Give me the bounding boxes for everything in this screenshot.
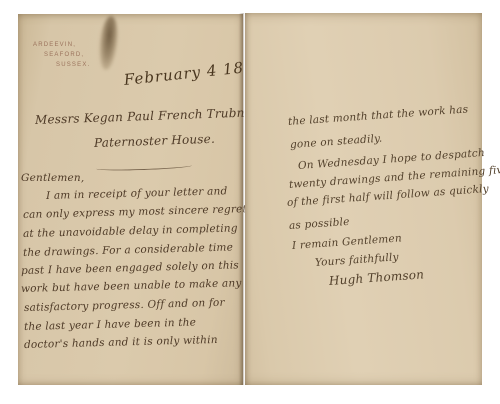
letterhead-line: ARDEEVIN, bbox=[33, 40, 90, 50]
closing-line: I remain Gentlemen bbox=[292, 232, 403, 252]
handwriting-line: can only express my most sincere regret bbox=[23, 203, 247, 221]
handwriting-line: gone on steadily. bbox=[290, 133, 383, 151]
letter-photo: ARDEEVIN, SEAFORD, SUSSEX. February 4 18… bbox=[18, 13, 482, 385]
signature: Hugh Thomson bbox=[329, 267, 425, 288]
closing-line: Yours faithfully bbox=[315, 251, 399, 269]
letter-page-left: ARDEEVIN, SEAFORD, SUSSEX. February 4 18… bbox=[18, 14, 243, 385]
handwriting-line: the last month that the work has bbox=[288, 103, 469, 128]
underline-flourish bbox=[96, 162, 192, 171]
handwriting-line: past I have been engaged solely on this bbox=[21, 259, 239, 277]
handwriting-line: work but have been unable to make any bbox=[21, 277, 242, 295]
recipient-line: Paternoster House. bbox=[94, 132, 215, 150]
letterhead-line: SEAFORD, bbox=[33, 50, 90, 60]
letterhead-line: SUSSEX. bbox=[33, 60, 90, 70]
letterhead: ARDEEVIN, SEAFORD, SUSSEX. bbox=[33, 40, 90, 70]
salutation: Gentlemen, bbox=[21, 172, 84, 184]
handwriting-line: I am in receipt of your letter and bbox=[46, 185, 228, 202]
handwriting-line: doctor's hands and it is only within bbox=[24, 334, 218, 351]
ink-stain bbox=[97, 15, 120, 70]
handwriting-line: as possible bbox=[289, 216, 350, 232]
handwriting-line: the drawings. For a considerable time bbox=[23, 242, 233, 259]
letter-page-right: the last month that the work has gone on… bbox=[245, 13, 482, 385]
handwriting-line: at the unavoidable delay in completing bbox=[23, 222, 238, 240]
handwriting-line: satisfactory progress. Off and on for bbox=[24, 297, 225, 314]
handwriting-line: the last year I have been in the bbox=[24, 316, 196, 333]
